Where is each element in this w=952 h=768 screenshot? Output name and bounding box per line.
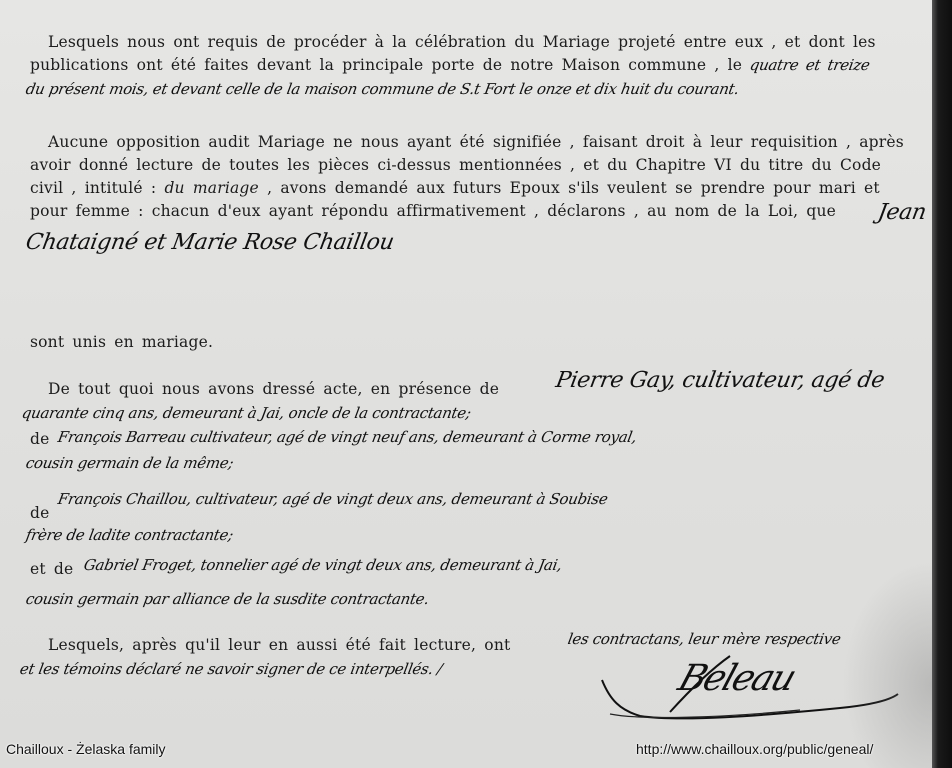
paragraph4-de1: de [30, 430, 50, 448]
paragraph2-line3-italic: du mariage [164, 179, 258, 197]
witness2-handwriting: François Barreau cultivateur, agé de vin… [56, 428, 638, 446]
footer-family-label: Chailloux - Żelaska family [6, 741, 166, 757]
paragraph1-line2-handwriting: quatre et treize [749, 56, 872, 74]
paragraph1-line2-print: publications ont été faites devant la pr… [30, 56, 742, 74]
groom-bride-names: Chataigné et Marie Rose Chaillou [24, 230, 396, 255]
paragraph4-etde: et de [30, 560, 73, 578]
witness3-details: frère de ladite contractante; [24, 526, 234, 544]
witness3-handwriting: François Chaillou, cultivateur, agé de v… [56, 490, 609, 508]
witness4-details: cousin germain par alliance de la susdit… [24, 590, 430, 608]
footer-url-link[interactable]: http://www.chailloux.org/public/geneal/ [636, 741, 873, 757]
witness4-handwriting: Gabriel Froget, tonnelier agé de vingt d… [82, 556, 563, 574]
witness1-handwriting: Pierre Gay, cultivateur, agé de [554, 368, 887, 393]
paragraph5-line1: Lesquels, après qu'il leur en aussi été … [48, 636, 510, 654]
paragraph1-line3-handwriting: du présent mois, et devant celle de la m… [24, 80, 740, 98]
paragraph1-line1: Lesquels nous ont requis de procéder à l… [48, 33, 876, 51]
witness1-details: quarante cinq ans, demeurant à Jai, oncl… [20, 404, 472, 422]
paragraph2-line1: Aucune opposition audit Mariage ne nous … [48, 133, 904, 151]
paragraph2-line3-end: , avons demandé aux futurs Epoux s'ils v… [267, 179, 880, 197]
paragraph5-handwriting-end: les contractans, leur mère respective [566, 630, 842, 648]
paragraph2-line3: civil , intitulé : du mariage , avons de… [30, 179, 880, 197]
witness2-details: cousin germain de la même; [24, 454, 234, 472]
paragraph3-line1: sont unis en mariage. [30, 333, 213, 351]
page-shadow [842, 560, 932, 768]
paragraph5-line2-handwriting: et les témoins déclaré ne savoir signer … [18, 660, 443, 678]
document-page: Lesquels nous ont requis de procéder à l… [0, 0, 952, 768]
paragraph4-line1: De tout quoi nous avons dressé acte, en … [48, 380, 499, 398]
signature-text: Beleau [673, 658, 800, 699]
paragraph2-line2: avoir donné lecture de toutes les pièces… [30, 156, 881, 174]
paragraph2-line3-start: civil , intitulé : [30, 179, 164, 197]
paragraph2-line4: pour femme : chacun d'eux ayant répondu … [30, 202, 836, 220]
paragraph2-line4-handwriting: Jean [876, 200, 928, 225]
paragraph1-line2: publications ont été faites devant la pr… [30, 56, 870, 74]
page-binding-edge [932, 0, 952, 768]
paragraph4-de2: de [30, 504, 50, 522]
